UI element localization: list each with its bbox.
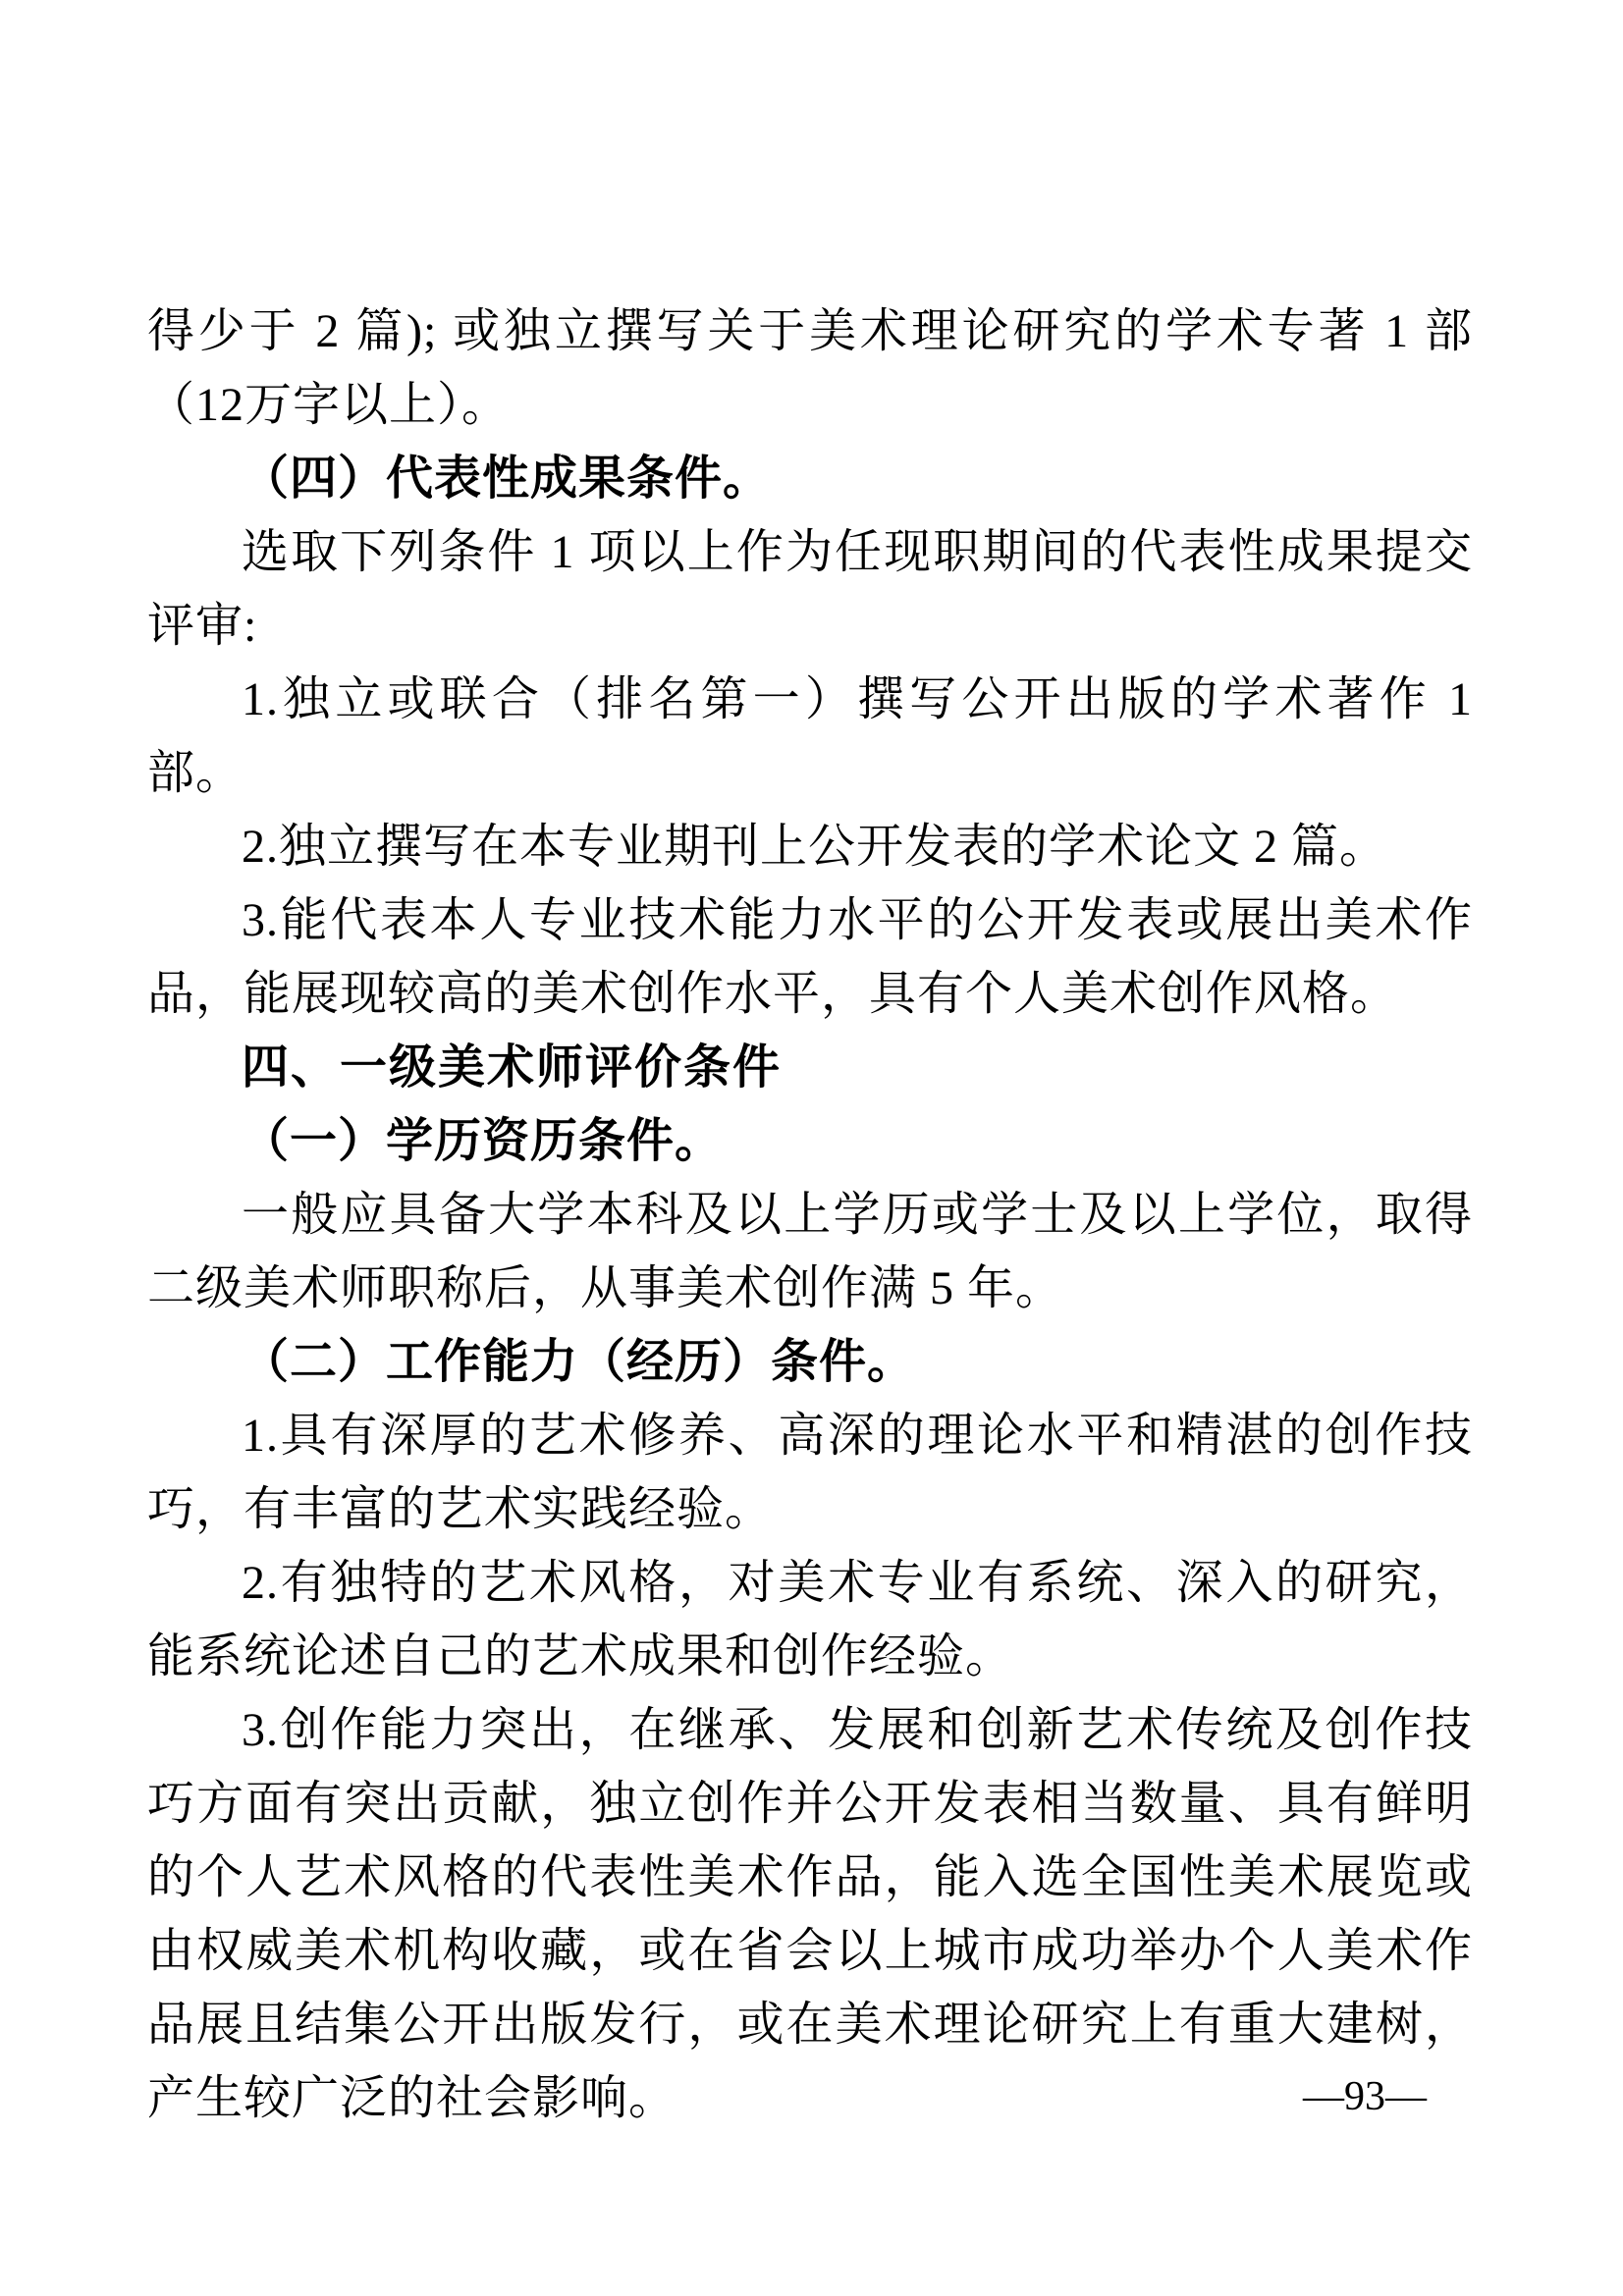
section-heading: （四）代表性成果条件。 <box>147 442 1473 515</box>
paragraph: 得少于 2 篇); 或独立撰写关于美术理论研究的学术专著 1 部（12万字以上）… <box>147 294 1473 442</box>
paragraph: 1.具有深厚的艺术修养、高深的理论水平和精湛的创作技巧，有丰富的艺术实践经验。 <box>147 1399 1473 1546</box>
paragraph: 3.能代表本人专业技术能力水平的公开发表或展出美术作品，能展现较高的美术创作水平… <box>147 883 1473 1031</box>
document-page: 得少于 2 篇); 或独立撰写关于美术理论研究的学术专著 1 部（12万字以上）… <box>0 0 1623 2296</box>
section-heading: 四、一级美术师评价条件 <box>147 1031 1473 1104</box>
paragraph: 3.创作能力突出，在继承、发展和创新艺术传统及创作技巧方面有突出贡献，独立创作并… <box>147 1693 1473 2135</box>
section-heading: （二）工作能力（经历）条件。 <box>147 1325 1473 1399</box>
document-body: 得少于 2 篇); 或独立撰写关于美术理论研究的学术专著 1 部（12万字以上）… <box>147 294 1473 2135</box>
paragraph: 2.有独特的艺术风格，对美术专业有系统、深入的研究，能系统论述自己的艺术成果和创… <box>147 1546 1473 1693</box>
paragraph: 2.独立撰写在本专业期刊上公开发表的学术论文 2 篇。 <box>147 810 1473 883</box>
page-number: —93— <box>1303 2073 1427 2120</box>
paragraph: 1.独立或联合（排名第一）撰写公开出版的学术著作 1 部。 <box>147 663 1473 810</box>
section-heading: （一）学历资历条件。 <box>147 1104 1473 1178</box>
paragraph: 选取下列条件 1 项以上作为任现职期间的代表性成果提交评审: <box>147 515 1473 663</box>
paragraph: 一般应具备大学本科及以上学历或学士及以上学位，取得二级美术师职称后，从事美术创作… <box>147 1178 1473 1325</box>
